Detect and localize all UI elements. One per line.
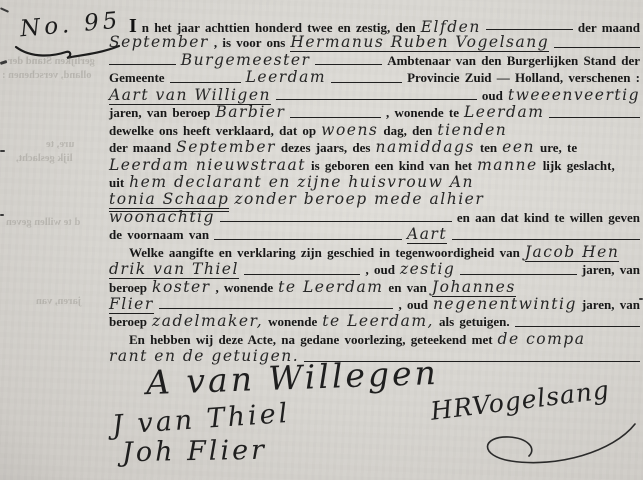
document-line: de voornaam vanAart: [109, 225, 640, 242]
printed-text: uit: [109, 175, 124, 191]
document-line: uithem declarant en zijne huisvrouw An: [109, 173, 640, 190]
printed-text: is geboren een kind van het: [311, 158, 472, 174]
printed-text: wonende: [268, 314, 317, 330]
printed-text: , wonende te: [386, 105, 459, 121]
handwritten-text: September: [176, 138, 276, 156]
printed-text: Ambtenaar van den Burgerlijken Stand der: [387, 53, 640, 69]
blank-rule: [214, 229, 402, 240]
document-line: Aart van Willigenoudtweeenveertig: [109, 86, 640, 103]
blank-rule: [554, 37, 640, 48]
printed-text: en aan dat kind te willen geven: [457, 210, 640, 226]
document-lines: In het jaar achttien honderd twee en zes…: [109, 16, 640, 365]
printed-text: jaren, van: [582, 297, 640, 313]
handwritten-text: te Leerdam,: [322, 312, 434, 330]
document-line: tonia Schaapzonder beroep mede alhier: [109, 190, 640, 207]
handwritten-text: Leerdam: [246, 68, 326, 86]
blank-rule: [244, 264, 361, 275]
printed-text: , is voor ons: [214, 35, 286, 51]
document-line: dewelke ons heeft verklaard, dat opwoens…: [109, 121, 640, 138]
document-line: drik van Thiel, oudzestigjaren, van: [109, 260, 640, 277]
edge-mark: [639, 298, 643, 300]
document-line: Leerdam nieuwstraatis geboren een kind v…: [109, 156, 640, 173]
blank-rule: [331, 72, 402, 83]
document-line: beroepzadelmaker,wonendete Leerdam,als g…: [109, 312, 640, 329]
document-line: woonachtigen aan dat kind te willen geve…: [109, 208, 640, 225]
handwritten-text: negenentwintig: [433, 295, 577, 313]
handwritten-text: Jacob Hen: [525, 243, 620, 262]
document-line: September, is voor onsHermanus Ruben Vog…: [109, 33, 640, 50]
printed-text: der maand: [578, 20, 640, 36]
blank-rule: [170, 72, 241, 83]
document-line: En hebben wij deze Acte, na gedane voorl…: [109, 330, 640, 347]
printed-text: oud: [482, 88, 503, 104]
printed-text: , oud: [365, 262, 394, 278]
printed-text: jaren, van: [582, 262, 640, 278]
printed-text: dezes jaars, des: [281, 140, 371, 156]
handwritten-text: hem declarant en zijne huisvrouw An: [129, 173, 474, 191]
signature-flourish-icon: [465, 420, 643, 478]
document-line: jaren, van beroepBarbier, wonende teLeer…: [109, 103, 640, 120]
printed-text: ten: [480, 140, 497, 156]
document-line: beroepkoster, wonendete Leerdamen vanJoh…: [109, 278, 640, 295]
blank-rule: [452, 229, 640, 240]
blank-rule: [159, 298, 394, 309]
printed-text: dewelke ons heeft verklaard, dat op: [109, 123, 316, 139]
printed-text: ure, te: [540, 140, 577, 156]
handwritten-text: Leerdam nieuwstraat: [109, 156, 306, 174]
printed-text: Provincie Zuid — Holland, verschenen :: [407, 70, 640, 86]
handwritten-text: zadelmaker,: [152, 312, 263, 330]
blank-rule: [290, 107, 381, 118]
handwritten-text: namiddags: [375, 138, 474, 156]
handwritten-text: tienden: [437, 121, 507, 139]
handwritten-text: woonachtig: [109, 208, 215, 226]
handwritten-text: tweeenveertig: [508, 86, 640, 104]
bleed-through-fragment: olland, verschenen :: [2, 70, 92, 81]
printed-text: de voornaam van: [109, 227, 209, 243]
document-line: BurgemeesterAmbtenaar van den Burgerlijk…: [109, 51, 640, 68]
printed-text: En hebben wij deze Acte, na gedane voorl…: [129, 332, 493, 348]
handwritten-text: zonder beroep mede alhier: [234, 190, 484, 208]
signature-registrar: HRVogelsang: [429, 375, 611, 426]
signature-witness-2: Joh Flier: [122, 435, 267, 469]
edge-mark: [0, 214, 4, 216]
document-line: Flier, oudnegenentwintigjaren, van: [109, 295, 640, 312]
handwritten-text: te Leerdam: [278, 278, 383, 296]
handwritten-text: Leerdam: [464, 103, 544, 121]
handwritten-text: koster: [152, 278, 211, 296]
handwritten-text: Barbier: [215, 103, 285, 121]
document-line: GemeenteLeerdamProvincie Zuid — Holland,…: [109, 68, 640, 85]
printed-text: der maand: [109, 140, 171, 156]
document-line: Welke aangifte en verklaring zijn geschi…: [109, 243, 640, 260]
printed-text: jaren, van beroep: [109, 105, 210, 121]
birth-record-page: No. 95 gerlijken Stand derolland, versch…: [0, 0, 643, 480]
handwritten-text: de compa: [498, 330, 586, 348]
blank-rule: [549, 107, 640, 118]
printed-text: , oud: [398, 297, 427, 313]
printed-text: en van: [388, 280, 426, 296]
handwritten-text: September: [109, 33, 209, 51]
printed-text: lijk geslacht,: [543, 158, 615, 174]
handwritten-text: woens: [321, 121, 378, 139]
handwritten-text: drik van Thiel: [109, 260, 239, 279]
printed-text: als getuigen.: [439, 314, 510, 330]
handwritten-text: manne: [477, 156, 538, 174]
blank-rule: [220, 211, 452, 222]
printed-text: Gemeente: [109, 70, 165, 86]
blank-rule: [315, 54, 382, 65]
bleed-through-fragment: ure, te: [46, 139, 74, 150]
handwritten-text: Aart: [407, 225, 447, 244]
document-line: In het jaar achttien honderd twee en zes…: [109, 16, 640, 33]
printed-text: , wonende: [216, 280, 274, 296]
blank-rule: [460, 264, 577, 275]
handwritten-text: een: [502, 138, 535, 156]
document-line: der maandSeptemberdezes jaars, desnamidd…: [109, 138, 640, 155]
handwritten-text: Hermanus Ruben Vogelsang: [290, 33, 549, 52]
handwritten-text: Johannes: [432, 278, 516, 297]
blank-rule: [109, 54, 176, 65]
handwritten-text: zestig: [400, 260, 455, 278]
blank-rule: [486, 19, 573, 30]
edge-mark: [0, 150, 5, 152]
handwritten-text: Aart van Willigen: [109, 86, 271, 105]
handwritten-text: Flier: [109, 295, 154, 314]
bleed-through-fragment: jaren, van: [36, 296, 81, 307]
edge-mark: [0, 7, 9, 12]
printed-text: dag, den: [383, 123, 432, 139]
record-number: No. 95: [19, 8, 122, 43]
printed-text: Welke aangifte en verklaring zijn geschi…: [129, 245, 520, 261]
bleed-through-fragment: d te willen geven: [6, 217, 80, 228]
printed-text: beroep: [109, 280, 147, 296]
bleed-through-fragment: gerlijken Stand der: [8, 56, 95, 67]
edge-mark: [0, 60, 7, 65]
bleed-through-fragment: lijk geslacht,: [16, 153, 73, 164]
blank-rule: [276, 89, 477, 100]
handwritten-text: Burgemeester: [181, 51, 311, 69]
printed-text: beroep: [109, 314, 147, 330]
blank-rule: [515, 316, 640, 327]
